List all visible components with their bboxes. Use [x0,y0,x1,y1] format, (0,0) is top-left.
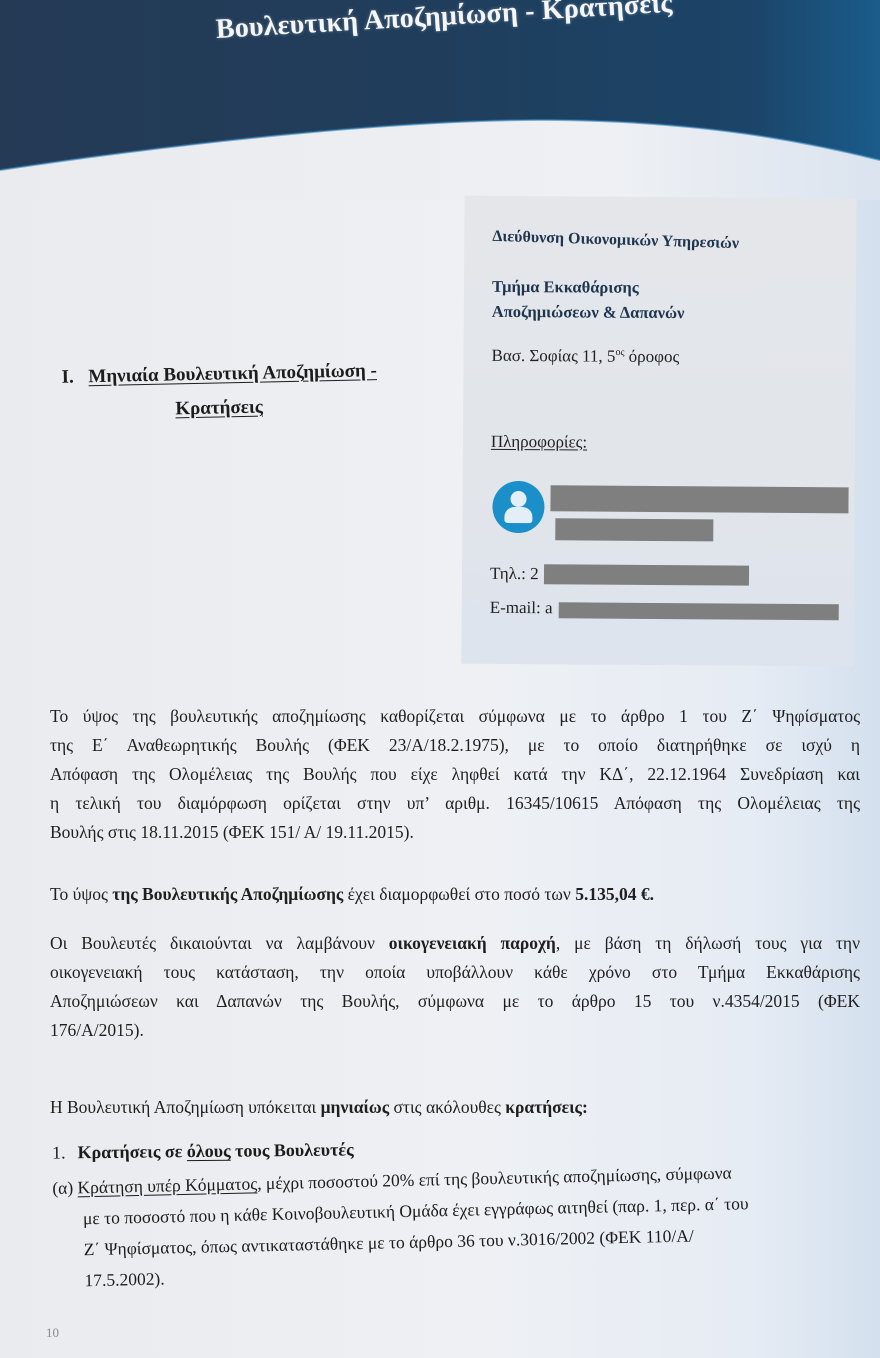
paragraph-line: της Ε΄ Αναθεωρητικής Βουλής (ΦΕΚ 23/Α/18… [50,731,860,760]
bold-text: της Βουλευτικής Αποζημίωσης [112,884,343,904]
text: έχει διαμορφωθεί στο ποσό των [343,884,575,904]
text: Κρατήσεις σε [77,1141,187,1162]
section-title-line1: Μηνιαία Βουλευτική Αποζημίωση - [88,360,377,387]
paragraph-line: Βουλής στις 18.11.2015 (ΦΕΚ 151/ Α/ 19.1… [50,818,860,847]
paragraph-deductions-intro: Η Βουλευτική Αποζημίωση υπόκειται μηνιαί… [50,1093,860,1122]
address-main: Βασ. Σοφίας 11, 5 [491,346,615,366]
text: Οι Βουλευτές δικαιούνται να λαμβάνουν [50,933,389,953]
paragraph-line: Αποζημιώσεων και Δαπανών της Βουλής, σύμ… [50,987,860,1016]
page-number: 10 [46,1325,59,1341]
bold-text: κρατήσεις: [505,1097,587,1117]
info-label: Πληροφορίες: [491,432,587,453]
redacted-title [555,518,713,541]
email-label: E-mail: a [490,598,553,618]
list-marker: (α) [52,1178,73,1198]
underlined-text: Κράτηση υπέρ Κόμματος [77,1173,257,1197]
phone-label: Τηλ.: 2 [490,564,539,584]
text: στις ακόλουθες [389,1097,505,1117]
paragraph-amount: Το ύψος της Βουλευτικής Αποζημίωσης έχει… [50,880,860,909]
paragraph-line: 176/Α/2015). [50,1016,860,1045]
list-number: 1. [52,1142,66,1162]
sub-department-line2: Αποζημιώσεων & Δαπανών [492,302,685,322]
amount-value: 5.135,04 €. [575,884,654,904]
section-number: I. [61,360,84,394]
paragraph-line: Απόφαση της Ολομέλειας της Βουλής που εί… [50,760,860,789]
paragraph-legal-basis: Το ύψος της βουλευτικής αποζημίωσης καθο… [50,702,860,847]
underlined-text: όλους [187,1141,231,1161]
list-item-1-heading: 1.Κρατήσεις σε όλους τους Βουλευτές [52,1139,354,1163]
contact-info-box: Διεύθυνση Οικονομικών Υπηρεσιών Τμήμα Εκ… [461,196,856,667]
paragraph-line: Το ύψος της βουλευτικής αποζημίωσης καθο… [50,702,860,731]
text: τους Βουλευτές [231,1139,354,1160]
section-heading: I. Μηνιαία Βουλευτική Αποζημίωση - Κρατή… [61,353,422,429]
paragraph-line: η τελική του διαμόρφωση ορίζεται στην υπ… [50,789,860,818]
section-title-line2: Κρατήσεις [175,397,263,420]
text: Το ύψος [50,884,112,904]
paragraph-line: οικογενειακή τους κατάσταση, την οποία υ… [50,958,860,987]
department-name: Διεύθυνση Οικονομικών Υπηρεσιών [492,228,739,253]
address-superscript: ος [615,347,624,358]
text: , μέχρι ποσοστού 20% επί της βουλευτικής… [257,1163,732,1194]
address: Βασ. Σοφίας 11, 5ος όροφος [491,346,679,367]
bold-text: μηνιαίως [321,1097,389,1117]
text: , με βάση τη δήλωσή τους για την [556,933,860,953]
redacted-name [550,485,848,513]
address-tail: όροφος [624,347,679,366]
list-item-a: (α) Κράτηση υπέρ Κόμματος, μέχρι ποσοστο… [52,1155,867,1297]
sub-department: Τμήμα Εκκαθάρισης Αποζημιώσεων & Δαπανών [492,274,685,325]
user-avatar-icon [492,481,544,533]
paragraph-family-allowance: Οι Βουλευτές δικαιούνται να λαμβάνουν οι… [50,929,860,1045]
redacted-phone [544,564,749,585]
sub-department-line1: Τμήμα Εκκαθάρισης [492,277,639,297]
bold-text: οικογενειακή παροχή [389,933,556,953]
text: Η Βουλευτική Αποζημίωση υπόκειται [50,1097,321,1117]
redacted-email [559,602,839,620]
